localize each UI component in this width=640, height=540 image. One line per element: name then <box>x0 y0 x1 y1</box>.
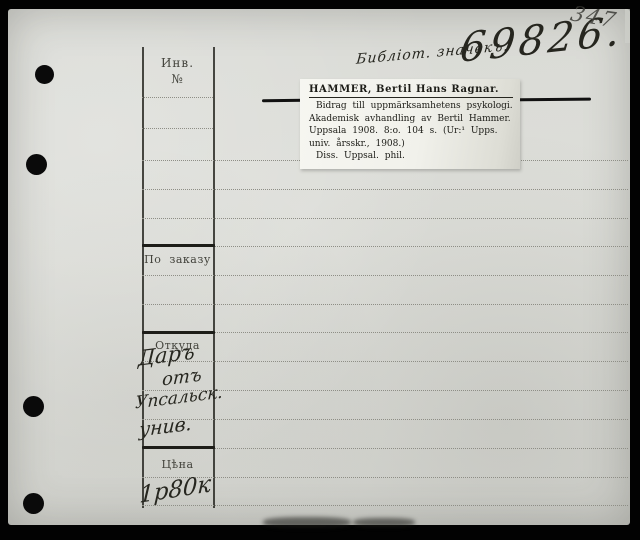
inventory-number-label: Инв. № <box>142 55 213 87</box>
hole-punch-dot <box>23 396 44 417</box>
slip-line: Akademisk avhandling av Bertil Hammer. <box>309 113 513 126</box>
slip-line: Diss. Uppsal. phil. <box>309 150 513 163</box>
section-separator <box>142 244 215 247</box>
ruled-line <box>142 218 628 219</box>
inventory-label-line1: Инв. <box>142 55 213 71</box>
ruled-line <box>142 361 628 362</box>
price-label: Цѣна <box>142 458 213 471</box>
card-corner-sliver <box>625 9 630 43</box>
ruled-line <box>142 419 628 420</box>
ruled-line <box>142 97 213 98</box>
ruled-line <box>215 246 628 247</box>
order-label: По заказу <box>142 253 213 266</box>
ruled-line <box>142 505 628 506</box>
slip-heading: HAMMER, Bertil Hans Ragnar. <box>309 84 513 98</box>
hole-punch-dot <box>35 65 54 84</box>
ruled-line <box>215 332 628 333</box>
hole-punch-dot <box>23 493 44 514</box>
scanned-catalog-card: Инв. № По заказу Откуда Цѣна Библіот. зн… <box>8 9 630 525</box>
ruled-line <box>142 128 213 129</box>
section-separator <box>142 331 215 334</box>
ruled-line <box>142 275 628 276</box>
slip-line: Uppsala 1908. 8:o. 104 s. (Ur:¹ Upps. <box>309 125 513 138</box>
column-right-border <box>213 47 215 508</box>
slip-line: Bidrag till uppmärksamhetens psykologi. <box>309 100 513 113</box>
inventory-label-line2: № <box>142 71 213 87</box>
slip-line: univ. årsskr., 1908.) <box>309 138 513 151</box>
ruled-line <box>142 189 628 190</box>
origin-handwriting-line: унив. <box>139 413 193 442</box>
catalog-slip: HAMMER, Bertil Hans Ragnar. Bidrag till … <box>300 79 520 169</box>
section-separator <box>142 446 215 449</box>
ruled-line <box>142 304 628 305</box>
ruled-line <box>142 477 628 478</box>
bottom-smudge <box>353 518 415 527</box>
hole-punch-dot <box>26 154 47 175</box>
origin-handwriting-line: Упсальск. <box>135 382 223 413</box>
ruled-line <box>215 448 628 449</box>
bottom-smudge <box>263 517 351 528</box>
